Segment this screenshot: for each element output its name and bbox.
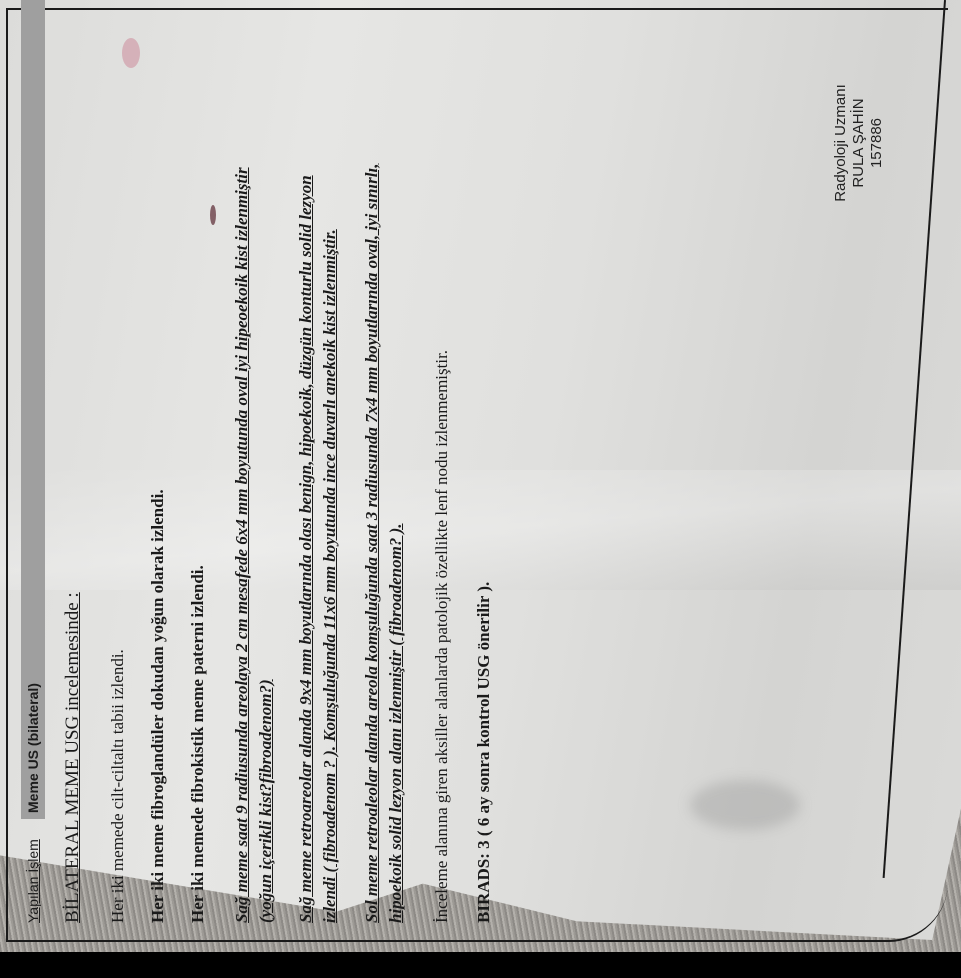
signature-title: Radyoloji Uzmanı [832,43,850,243]
finding-line: (yoğun içerikli kist?fibroadenom?) [256,679,276,923]
finding-line: Her iki memede fibrokistik meme paterni … [188,565,208,923]
finding-line: Sağ meme retroareolar alanda 9x4 mm boyu… [296,175,316,923]
finding-line: izlendi ( fibroadenom ? ). Komşuluğunda … [320,229,340,923]
signature-number: 157886 [868,43,886,243]
photo-scene: Yapılan İşlem Meme US (bilateral) BİLATE… [0,0,961,978]
birads-line: BIRADS: 3 ( 6 ay sonra kontrol USG öneri… [474,582,494,923]
finding-line: Sol meme retroaleolar alanda areola komş… [362,164,382,923]
report-content: Yapılan İşlem Meme US (bilateral) BİLATE… [0,18,961,978]
procedure-row: Yapılan İşlem Meme US (bilateral) [20,0,46,923]
procedure-value: Meme US (bilateral) [21,0,45,819]
finding-line: Her iki memede cilt-ciltaltı tabii izlen… [108,649,128,923]
finding-line: hipoekoik solid lezyon alanı izlenmiştir… [386,523,406,923]
finding-line: Her iki meme fibroglandüler dokudan yoğu… [148,489,168,923]
procedure-label: Yapılan İşlem [25,833,41,923]
finding-line: İnceleme alanına giren aksiller alanlard… [432,350,452,923]
section-title: BİLATERAL MEME USG incelemesinde : [62,592,84,923]
signature-block: Radyoloji Uzmanı RULA ŞAHİN 157886 [832,43,886,243]
signature-name: RULA ŞAHİN [850,43,868,243]
finding-line: Sağ meme saat 9 radiusunda areolaya 2 cm… [232,167,252,923]
